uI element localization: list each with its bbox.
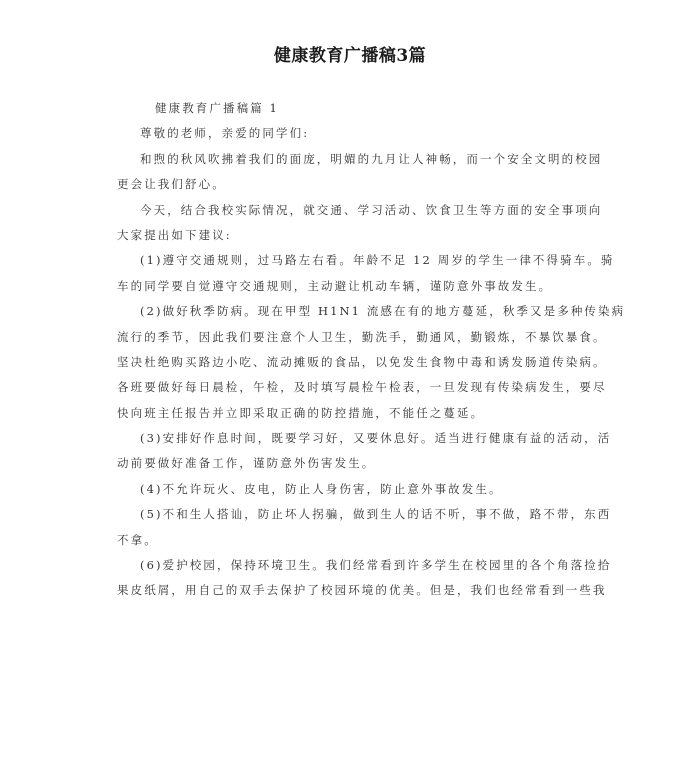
list-item-1-line: 车的同学要自觉遵守交通规则，主动避让机动车辆，谨防意外事故发生。: [117, 274, 587, 299]
list-item-6-line: 果皮纸屑，用自己的双手去保护了校园环境的优美。但是，我们也经常看到一些我: [117, 578, 587, 603]
section-heading: 健康教育广播稿篇 1: [117, 96, 587, 121]
paragraph-line-salutation: 尊敬的老师，亲爱的同学们:: [117, 121, 587, 146]
list-item-3-line: (3)安排好作息时间，既要学习好，又要休息好。适当进行健康有益的活动，活: [117, 426, 587, 451]
paragraph-line: 大家提出如下建议:: [117, 223, 587, 248]
list-item-4-line: (4)不允许玩火、皮电，防止人身伤害，防止意外事故发生。: [117, 477, 587, 502]
list-item-2-line: 快向班主任报告并立即采取正确的防控措施，不能任之蔓延。: [117, 401, 587, 426]
list-item-2-line: 各班要做好每日晨检，午检，及时填写晨检午检表，一旦发现有传染病发生，要尽: [117, 375, 587, 400]
list-item-2-line: 流行的季节，因此我们要注意个人卫生，勤洗手，勤通风，勤锻炼，不暴饮暴食。: [117, 325, 587, 350]
list-item-5-line: (5)不和生人搭讪，防止坏人拐骗，做到生人的话不听，事不做，路不带，东西: [117, 502, 587, 527]
document-body: 健康教育广播稿篇 1 尊敬的老师，亲爱的同学们: 和煦的秋风吹拂着我们的面庞，明…: [117, 96, 587, 604]
paragraph-line: 和煦的秋风吹拂着我们的面庞，明媚的九月让人神畅，而一个安全文明的校园: [117, 147, 587, 172]
document-page: 健康教育广播稿3篇 健康教育广播稿篇 1 尊敬的老师，亲爱的同学们: 和煦的秋风…: [0, 0, 700, 767]
list-item-5-line: 不拿。: [117, 528, 587, 553]
list-item-3-line: 动前要做好准备工作，谨防意外伤害发生。: [117, 451, 587, 476]
list-item-2-line: (2)做好秋季防病。现在甲型 H1N1 流感在有的地方蔓延，秋季又是多种传染病: [117, 299, 587, 324]
list-item-1-line: (1)遵守交通规则，过马路左右看。年龄不足 12 周岁的学生一律不得骑车。骑: [117, 248, 587, 273]
paragraph-line: 今天，结合我校实际情况，就交通、学习活动、饮食卫生等方面的安全事项向: [117, 198, 587, 223]
paragraph-line: 更会让我们舒心。: [117, 172, 587, 197]
document-title: 健康教育广播稿3篇: [0, 44, 700, 68]
list-item-6-line: (6)爱护校园，保持环境卫生。我们经常看到许多学生在校园里的各个角落捡拾: [117, 553, 587, 578]
list-item-2-line: 坚决杜绝购买路边小吃、流动摊贩的食品，以免发生食物中毒和诱发肠道传染病。: [117, 350, 587, 375]
